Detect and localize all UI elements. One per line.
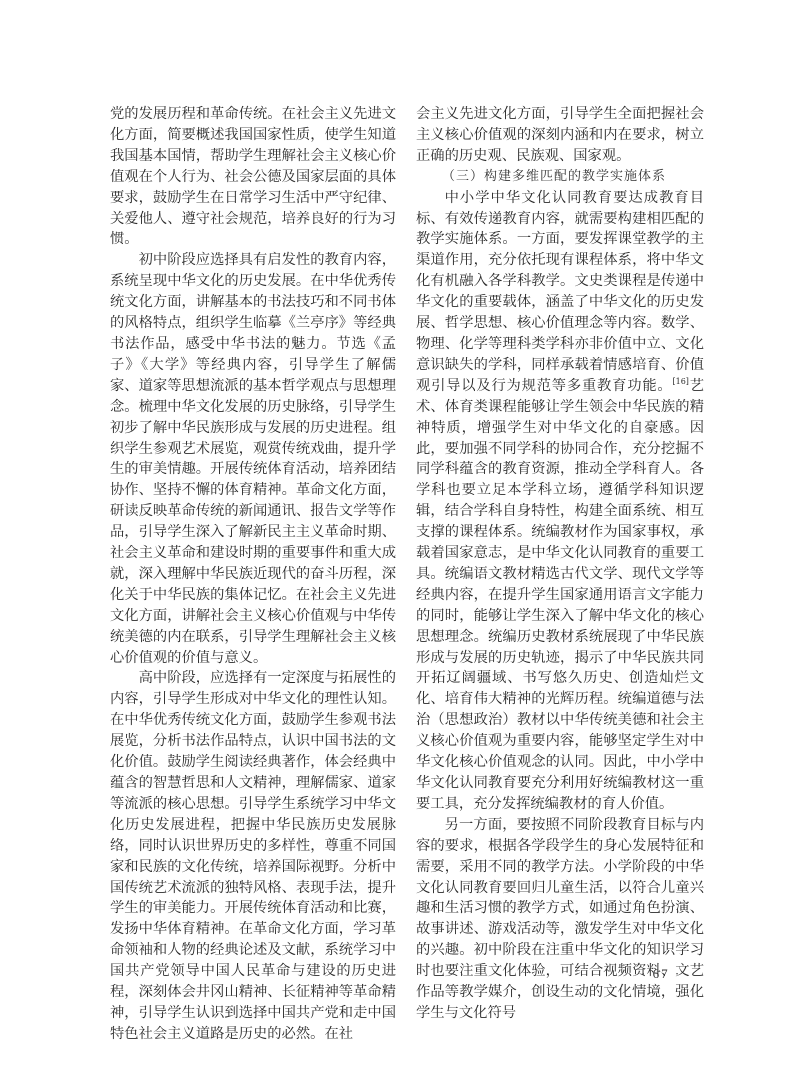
- paragraph-text-before-citation: 中小学中华文化认同教育要达成教育目标、有效传递教育内容，就需要构建相匹配的教学实…: [416, 190, 704, 394]
- paragraph-text-after-citation: 艺术、体育类课程能够让学生领会中华民族的精神特质，增强学生对中华文化的自豪感。因…: [416, 378, 704, 812]
- paragraph-senior-high: 高中阶段，应选择有一定深度与拓展性的内容，引导学生形成对中华文化的理性认知。在中…: [110, 668, 396, 1044]
- paragraph-primary-stage-end: 党的发展历程和革命传统。在社会主义先进文化方面，简要概述我国国家性质，使学生知道…: [110, 104, 396, 250]
- paragraph-teaching-system: 中小学中华文化认同教育要达成教育目标、有效传递教育内容，就需要构建相匹配的教学实…: [416, 188, 704, 815]
- citation-ref: [16]: [673, 377, 689, 386]
- paragraph-teaching-methods: 另一方面，要按照不同阶段教育目标与内容的要求，根据各学段学生的身心发展特征和需要…: [416, 815, 704, 1024]
- paragraph-continuation: 会主义先进文化方面，引导学生全面把握社会主义核心价值观的深刻内涵和内在要求，树立…: [416, 104, 704, 167]
- paragraph-junior-high: 初中阶段应选择具有启发性的教育内容，系统呈现中华文化的历史发展。在中华优秀传统文…: [110, 250, 396, 668]
- section-heading: （三）构建多维匹配的教学实施体系: [416, 167, 704, 188]
- page-number: · 67 ·: [641, 966, 681, 982]
- left-column: 党的发展历程和革命传统。在社会主义先进文化方面，简要概述我国国家性质，使学生知道…: [110, 104, 396, 1045]
- right-column: 会主义先进文化方面，引导学生全面把握社会主义核心价值观的深刻内涵和内在要求，树立…: [416, 104, 704, 1024]
